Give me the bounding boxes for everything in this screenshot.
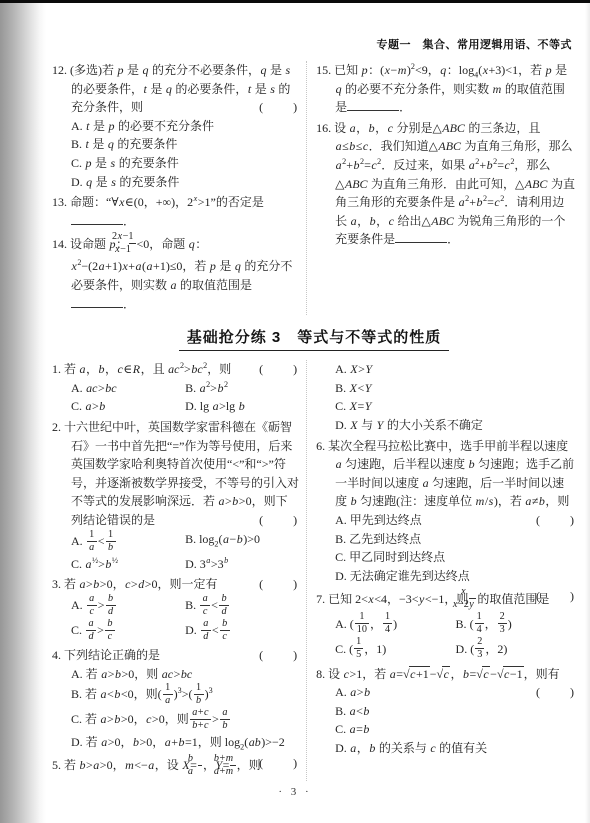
option-text: (15，1): [349, 642, 386, 656]
question-number: 16.: [316, 121, 331, 135]
option-label: C.: [335, 722, 346, 736]
option: C.甲乙同时到达终点: [335, 548, 576, 567]
option-text: ac>bd: [86, 598, 117, 612]
option-text: a>b: [350, 685, 371, 699]
option-text: ad>bc: [85, 623, 116, 637]
option-label: B.: [335, 381, 346, 395]
question-stem: 7.已知 2<x<4，−3<y<−1，则xx−2y的取值范围是( ): [316, 587, 576, 612]
option-text: t 是 p 的必要不充分条件: [86, 119, 214, 133]
option-text: (14，23): [470, 617, 512, 631]
option-text: p 是 s 的充要条件: [85, 156, 179, 170]
option-label: D.: [335, 741, 347, 755]
question-stem: 15.已知 p：(x−m)2<9，q：log4(x+3)<1，若 p 是 q 的…: [316, 61, 576, 117]
option-text: X=Y: [349, 399, 372, 413]
option-label: A.: [71, 381, 83, 395]
option-text: q 是 s 的充要条件: [86, 175, 180, 189]
option-label: B.: [71, 137, 82, 151]
option-text: a，b 的关系与 c 的值有关: [350, 741, 487, 755]
options: A.(110，14)B.(14，23)C.(15，1)D.(23，2): [316, 612, 576, 662]
scan-right-edge: [585, 3, 590, 823]
question-text: 设 a，b，c 分别是△ABC 的三条边，且 a≤b≤c．我们知道△ABC 为直…: [334, 121, 575, 247]
question-text: 某次全程马拉松比赛中，选手甲前半程以速度 a 匀速跑，后半程以速度 b 匀速跑；…: [328, 439, 574, 509]
option-text: ac<bd: [199, 598, 230, 612]
options: A.1a<1bB.log2(a−b)>0C.a½>b½D.3a>3b: [52, 530, 299, 574]
option-label: D.: [335, 569, 347, 583]
question-text: 下列结论正确的是: [64, 648, 160, 662]
option-label: B.: [185, 381, 196, 395]
question-number: 3.: [52, 577, 61, 591]
option-label: A.: [71, 667, 83, 681]
option-text: log2(a−b)>0: [199, 532, 260, 546]
question-stem: 16.设 a，b，c 分别是△ABC 的三条边，且 a≤b≤c．我们知道△ABC…: [316, 119, 576, 249]
option-text: a>b: [85, 399, 106, 413]
top-section: 12.(多选)若 p 是 q 的充分不必要条件，q 是 s 的必要条件，t 是 …: [52, 61, 576, 315]
question-number: 8.: [316, 667, 325, 681]
option: C.(15，1): [335, 637, 455, 662]
option: C.a½>b½: [71, 555, 185, 574]
option-label: D.: [456, 642, 468, 656]
option-text: 甲乙同时到达终点: [349, 550, 445, 564]
option-label: B.: [335, 704, 346, 718]
question-text: 若 a，b，c∈R，且 ac2>bc2，则: [64, 362, 231, 376]
running-header: 专题一 集合、常用逻辑用语、不等式: [52, 36, 576, 52]
option-label: D.: [185, 399, 197, 413]
question: 12.(多选)若 p 是 q 的充分不必要条件，q 是 s 的必要条件，t 是 …: [52, 61, 299, 191]
option-label: C.: [71, 156, 82, 170]
answer-bracket: ( ): [278, 575, 299, 594]
option: B.X<Y: [335, 379, 576, 398]
option-label: A.: [71, 598, 83, 612]
question-number: 2.: [52, 420, 61, 434]
option: B.若 a<b<0，则(1a)3>(1b)3: [71, 683, 299, 708]
question: 8.设 c>1，若 a=√c+1−√c，b=√c−√c−1，则有( )A.a>b…: [316, 665, 576, 758]
option-label: A.: [335, 685, 347, 699]
options: A.ac>bcB.a2>b2C.a>bD.lg a>lg b: [52, 379, 299, 416]
question-stem: 14.设命题 p：2x−1x−1<0，命题 q：x2−(2a+1)x+a(a+1…: [52, 232, 299, 313]
option-label: C.: [335, 399, 346, 413]
option-label: C.: [335, 642, 346, 656]
section-title-underline: 基础抢分练 3等式与不等式的性质: [179, 326, 450, 351]
option-text: X>Y: [350, 362, 373, 376]
options: A.t 是 p 的必要不充分条件B.t 是 q 的充要条件C.p 是 s 的充要…: [52, 117, 299, 191]
option-label: A.: [335, 617, 347, 631]
option: B.a2>b2: [185, 379, 299, 398]
page-content: 专题一 集合、常用逻辑用语、不等式 12.(多选)若 p 是 q 的充分不必要条…: [52, 36, 576, 823]
question-text: 命题：“∀x∈(0，+∞)，2x>1”的否定是．: [70, 195, 264, 228]
option-label: A.: [335, 362, 347, 376]
question-stem: 5.若 b>a>0，m<−a，设 X=ba，Y=b+ma+m，则( ): [52, 754, 299, 779]
question-stem: 1.若 a，b，c∈R，且 ac2>bc2，则( ): [52, 360, 299, 379]
section-title: 基础抢分练 3等式与不等式的性质: [52, 326, 576, 351]
option-label: C.: [335, 550, 346, 564]
question-number: 6.: [316, 439, 325, 453]
option: A.1a<1b: [71, 530, 185, 555]
section-name: 等式与不等式的性质: [297, 329, 441, 346]
option-label: D.: [185, 557, 197, 571]
option-text: 若 a<b<0，则(1a)3>(1b)3: [85, 687, 213, 701]
question: A.X>YB.X<YC.X=YD.X 与 Y 的大小关系不确定: [316, 360, 576, 434]
option-label: B.: [335, 532, 346, 546]
option: D.X 与 Y 的大小关系不确定: [335, 416, 576, 435]
option-label: D.: [71, 175, 83, 189]
question-text: 已知 2<x<4，−3<y<−1，则xx−2y的取值范围是: [328, 592, 549, 606]
option-text: ad<bc: [200, 623, 231, 637]
question: 13.命题：“∀x∈(0，+∞)，2x>1”的否定是．: [52, 193, 299, 230]
question: 5.若 b>a>0，m<−a，设 X=ba，Y=b+ma+m，则( ): [52, 754, 299, 779]
option: D.3a>3b: [185, 555, 299, 574]
option-label: A.: [71, 119, 83, 133]
option: C.ad>bc: [71, 619, 185, 644]
answer-bracket: ( ): [278, 98, 299, 117]
option-label: D.: [71, 735, 83, 749]
book-spine-shadow: [0, 3, 46, 823]
question-number: 13.: [52, 195, 67, 209]
option: B.log2(a−b)>0: [185, 530, 299, 555]
option-label: C.: [71, 557, 82, 571]
options: A.若 a>b>0，则 ac>bcB.若 a<b<0，则(1a)3>(1b)3C…: [52, 665, 299, 752]
question-text: 设 c>1，若 a=√c+1−√c，b=√c−√c−1，则有: [328, 667, 560, 681]
question-number: 5.: [52, 758, 61, 772]
option-text: (110，14): [350, 617, 397, 631]
question-stem: 4.下列结论正确的是( ): [52, 646, 299, 665]
option-text: 若 a>b>0，则 ac>bc: [86, 667, 193, 681]
option: A.ac>bd: [71, 594, 185, 619]
option: D.a，b 的关系与 c 的值有关: [335, 739, 576, 758]
option: A.ac>bc: [71, 379, 185, 398]
answer-bracket: ( ): [278, 754, 299, 773]
option: D.q 是 s 的充要条件: [71, 173, 299, 192]
question-stem: 12.(多选)若 p 是 q 的充分不必要条件，q 是 s 的必要条件，t 是 …: [52, 61, 299, 117]
option-label: B.: [456, 617, 467, 631]
option: A.t 是 p 的必要不充分条件: [71, 117, 299, 136]
answer-bracket: ( ): [555, 683, 576, 702]
question-text: 十六世纪中叶，英国数学家雷科德在《砺智石》一书中首先把“=”作为等号使用，后来英…: [64, 420, 299, 527]
option-text: a<b: [349, 704, 370, 718]
option: C.a=b: [335, 720, 576, 739]
option: D.ad<bc: [185, 619, 299, 644]
option: B.(14，23): [456, 612, 576, 637]
option-label: A.: [335, 513, 347, 527]
options: A.X>YB.X<YC.X=YD.X 与 Y 的大小关系不确定: [316, 360, 576, 434]
question-text: (多选)若 p 是 q 的充分不必要条件，q 是 s 的必要条件，t 是 q 的…: [70, 63, 291, 114]
option-text: 甲先到达终点: [350, 513, 422, 527]
option: A.若 a>b>0，则 ac>bc: [71, 665, 299, 684]
bottom-left-column: 1.若 a，b，c∈R，且 ac2>bc2，则( )A.ac>bcB.a2>b2…: [52, 360, 306, 781]
option-label: D.: [335, 418, 347, 432]
option-text: 若 a>0，b>0，a+b=1，则 log2(ab)>−2: [86, 735, 285, 749]
question-number: 12.: [52, 63, 67, 77]
question-text: 设命题 p：2x−1x−1<0，命题 q：x2−(2a+1)x+a(a+1)≤0…: [70, 237, 292, 311]
question-text: 已知 p：(x−m)2<9，q：log4(x+3)<1，若 p 是 q 的必要不…: [334, 63, 567, 114]
option: A.(110，14): [335, 612, 455, 637]
page-number: · 3 ·: [0, 786, 590, 798]
option-text: X 与 Y 的大小关系不确定: [350, 418, 483, 432]
option-label: A.: [71, 534, 83, 548]
option-label: B.: [185, 598, 196, 612]
option-text: lg a>lg b: [200, 399, 245, 413]
answer-bracket: ( ): [278, 511, 299, 530]
question-stem: 6.某次全程马拉松比赛中，选手甲前半程以速度 a 匀速跑，后半程以速度 b 匀速…: [316, 437, 576, 511]
question: 6.某次全程马拉松比赛中，选手甲前半程以速度 a 匀速跑，后半程以速度 b 匀速…: [316, 437, 576, 586]
question: 16.设 a，b，c 分别是△ABC 的三条边，且 a≤b≤c．我们知道△ABC…: [316, 119, 576, 249]
question-stem: 13.命题：“∀x∈(0，+∞)，2x>1”的否定是．: [52, 193, 299, 230]
bottom-right-column: A.X>YB.X<YC.X=YD.X 与 Y 的大小关系不确定6.某次全程马拉松…: [306, 360, 576, 781]
option-text: 3a>3b: [200, 557, 229, 571]
answer-bracket: ( ): [555, 511, 576, 530]
answer-bracket: ( ): [278, 360, 299, 379]
option-text: a2>b2: [199, 381, 228, 395]
question: 2.十六世纪中叶，英国数学家雷科德在《砺智石》一书中首先把“=”作为等号使用，后…: [52, 418, 299, 573]
option: A.X>Y: [335, 360, 576, 379]
option: C.X=Y: [335, 397, 576, 416]
question-number: 15.: [316, 63, 331, 77]
option: D.无法确定谁先到达终点: [335, 567, 576, 586]
option: B.t 是 q 的充要条件: [71, 135, 299, 154]
option-text: 无法确定谁先到达终点: [350, 569, 470, 583]
question: 7.已知 2<x<4，−3<y<−1，则xx−2y的取值范围是( )A.(110…: [316, 587, 576, 662]
option: D.(23，2): [456, 637, 576, 662]
bottom-section: 1.若 a，b，c∈R，且 ac2>bc2，则( )A.ac>bcB.a2>b2…: [52, 360, 576, 781]
question: 4.下列结论正确的是( )A.若 a>b>0，则 ac>bcB.若 a<b<0，…: [52, 646, 299, 752]
answer-bracket: ( ): [278, 646, 299, 665]
option: D.若 a>0，b>0，a+b=1，则 log2(ab)>−2: [71, 733, 299, 752]
question-stem: 8.设 c>1，若 a=√c+1−√c，b=√c−√c−1，则有( ): [316, 665, 576, 684]
question-text: 若 a>b>0，c>d>0，则一定有: [64, 577, 217, 591]
option-text: X<Y: [349, 381, 372, 395]
question-number: 7.: [316, 592, 325, 606]
question: 15.已知 p：(x−m)2<9，q：log4(x+3)<1，若 p 是 q 的…: [316, 61, 576, 117]
scan-top-edge: [0, 0, 590, 3]
option-label: B.: [185, 532, 196, 546]
section-label: 基础抢分练 3: [187, 329, 282, 346]
option: C.a>b: [71, 397, 185, 416]
option-label: B.: [71, 687, 82, 701]
option-label: D.: [185, 623, 197, 637]
option: D.lg a>lg b: [185, 397, 299, 416]
option: B.乙先到达终点: [335, 530, 576, 549]
option: C.若 a>b>0，c>0，则a+cb+c>ab: [71, 708, 299, 733]
option-text: t 是 q 的充要条件: [85, 137, 177, 151]
options: A.ac>bdB.ac<bdC.ad>bcD.ad<bc: [52, 594, 299, 644]
option: C.p 是 s 的充要条件: [71, 154, 299, 173]
question-text: 若 b>a>0，m<−a，设 X=ba，Y=b+ma+m，则: [64, 758, 261, 772]
question-number: 4.: [52, 648, 61, 662]
top-left-column: 12.(多选)若 p 是 q 的充分不必要条件，q 是 s 的必要条件，t 是 …: [52, 61, 306, 315]
option-label: C.: [71, 623, 82, 637]
option-text: (23，2): [470, 642, 507, 656]
option-text: 1a<1b: [86, 534, 117, 548]
question: 14.设命题 p：2x−1x−1<0，命题 q：x2−(2a+1)x+a(a+1…: [52, 232, 299, 313]
question-number: 1.: [52, 362, 61, 376]
option: B.ac<bd: [185, 594, 299, 619]
top-right-column: 15.已知 p：(x−m)2<9，q：log4(x+3)<1，若 p 是 q 的…: [306, 61, 576, 315]
answer-bracket: ( ): [555, 587, 576, 606]
option-text: 若 a>b>0，c>0，则a+cb+c>ab: [85, 712, 231, 726]
option-text: a½>b½: [85, 557, 118, 571]
question: 1.若 a，b，c∈R，且 ac2>bc2，则( )A.ac>bcB.a2>b2…: [52, 360, 299, 416]
option-label: C.: [71, 399, 82, 413]
question-stem: 3.若 a>b>0，c>d>0，则一定有( ): [52, 575, 299, 594]
question-number: 14.: [52, 237, 67, 251]
question: 3.若 a>b>0，c>d>0，则一定有( )A.ac>bdB.ac<bdC.a…: [52, 575, 299, 644]
option-label: C.: [71, 712, 82, 726]
question-stem: 2.十六世纪中叶，英国数学家雷科德在《砺智石》一书中首先把“=”作为等号使用，后…: [52, 418, 299, 530]
option-text: ac>bc: [86, 381, 117, 395]
option-text: a=b: [349, 722, 370, 736]
option: B.a<b: [335, 702, 576, 721]
option-text: 乙先到达终点: [349, 532, 421, 546]
